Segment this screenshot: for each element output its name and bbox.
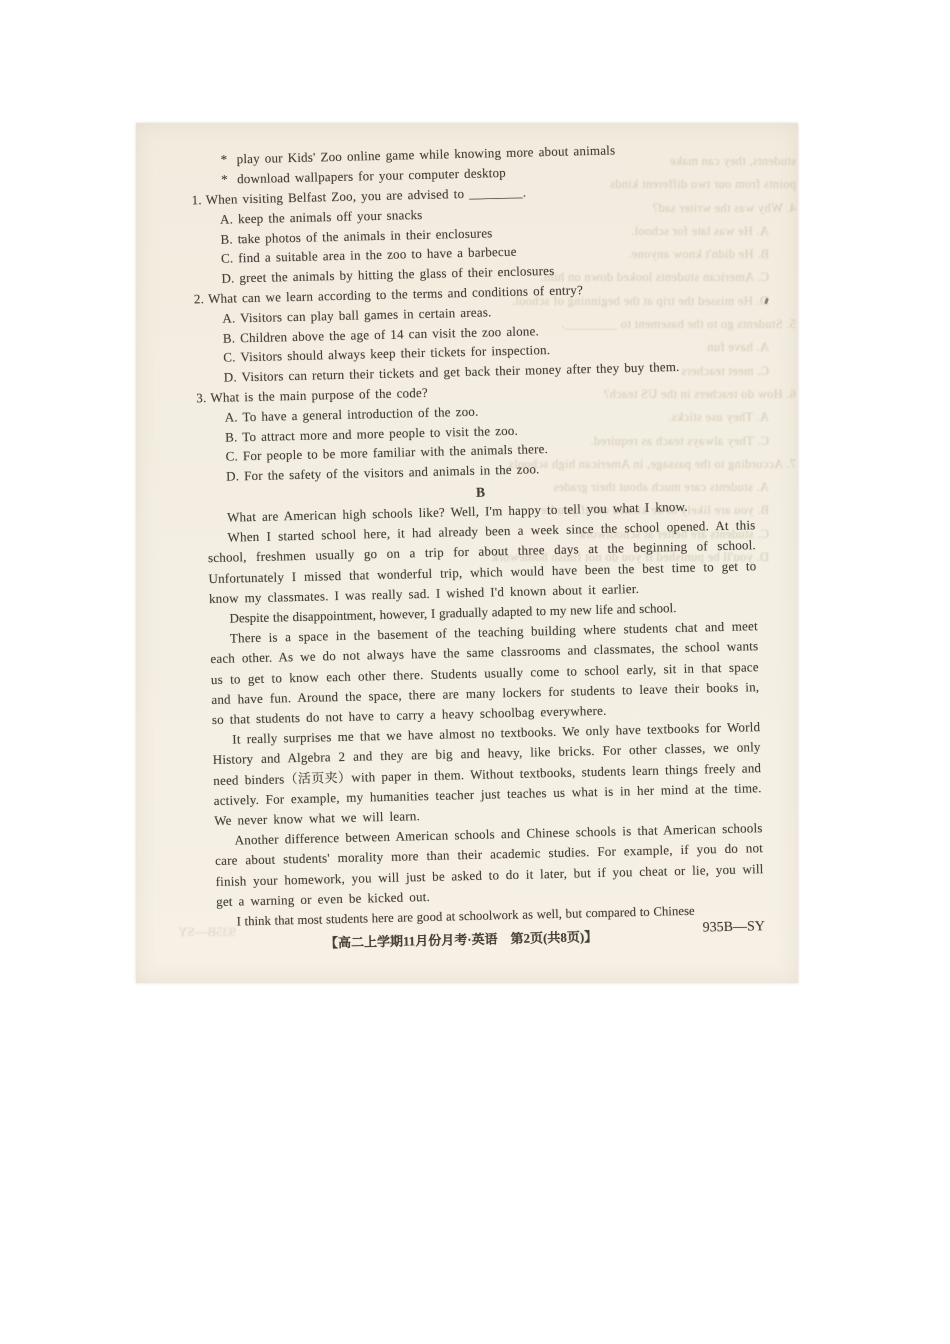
asterisk-marker: * xyxy=(221,169,237,189)
passage-paragraph: When I started school here, it had alrea… xyxy=(207,515,757,609)
paper-code: 935B—SY xyxy=(702,918,765,937)
question-number: 3. xyxy=(196,388,207,408)
passage-paragraph: Another difference between American scho… xyxy=(214,818,764,912)
question-text: What is the main purpose of the code? xyxy=(210,385,428,405)
question-number: 1. xyxy=(191,190,202,210)
reading-passage: What are American high schools like? Wel… xyxy=(207,495,765,932)
passage-paragraph: There is a space in the basement of the … xyxy=(210,616,760,730)
printed-content: *play our Kids' Zoo online game while kn… xyxy=(136,136,798,957)
passage-paragraph: It really surprises me that we have almo… xyxy=(212,717,762,831)
question-number: 2. xyxy=(194,289,205,309)
ink-speck xyxy=(241,237,243,239)
asterisk-marker: * xyxy=(220,149,236,169)
exam-paper-scan: students, they can make points from our … xyxy=(136,123,798,983)
printed-content-tilt: *play our Kids' Zoo online game while kn… xyxy=(136,123,798,983)
question-block: 1.When visiting Belfast Zoo, you are adv… xyxy=(136,176,796,488)
